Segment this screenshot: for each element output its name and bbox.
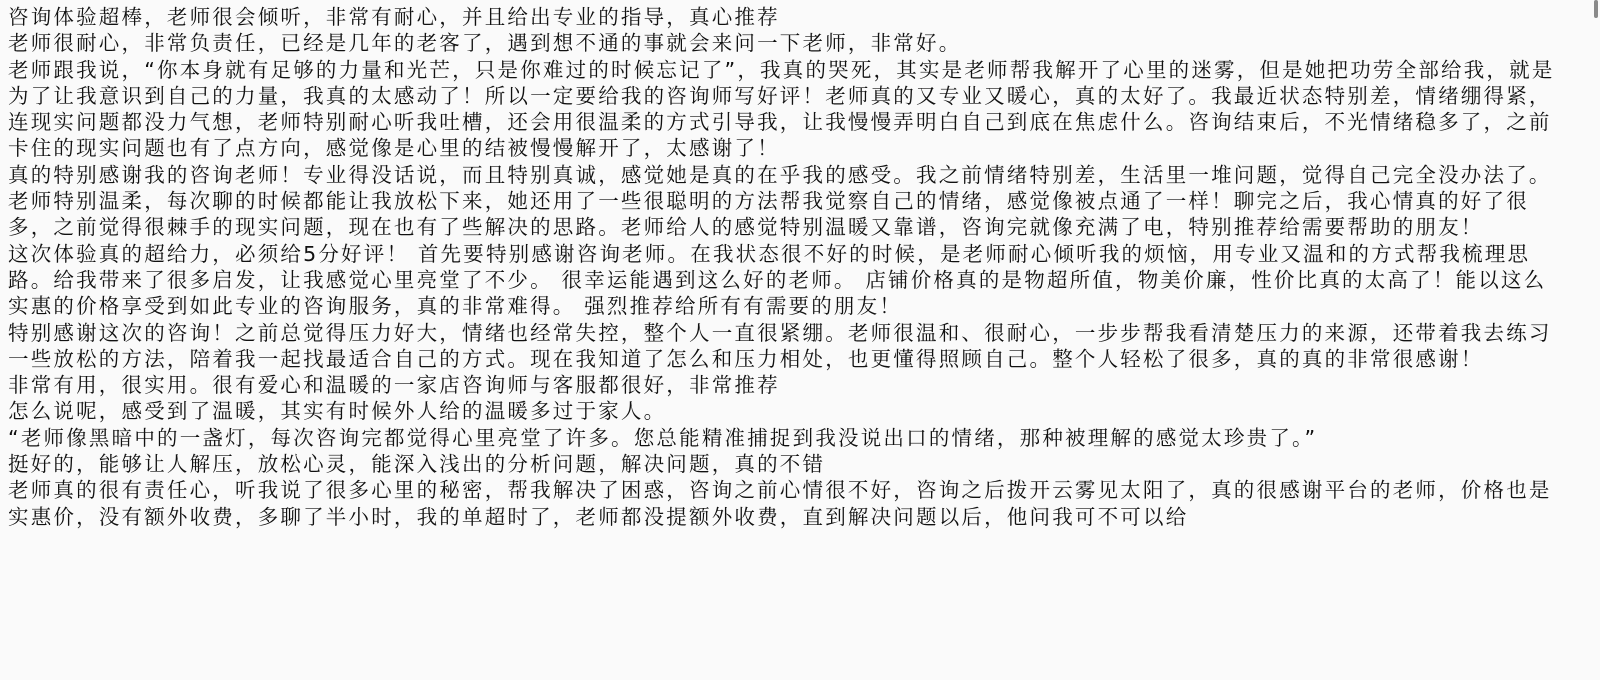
review-text: 挺好的，能够让人解压，放松心灵，能深入浅出的分析问题，解决问题，真的不错 — [8, 451, 1568, 477]
review-text: 这次体验真的超给力，必须给5分好评！ 首先要特别感谢咨询老师。在我状态很不好的时… — [8, 241, 1568, 320]
review-text: “老师像黑暗中的一盏灯，每次咨询完都觉得心里亮堂了许多。您总能精准捕捉到我没说出… — [8, 425, 1568, 451]
review-text: 怎么说呢，感受到了温暖，其实有时候外人给的温暖多过于家人。 — [8, 398, 1568, 424]
scrollbar-thumb[interactable] — [1594, 0, 1598, 18]
review-text: 老师跟我说，“你本身就有足够的力量和光芒，只是你难过的时候忘记了”，我真的哭死，… — [8, 57, 1568, 162]
vertical-scrollbar[interactable] — [1594, 0, 1598, 680]
review-text: 真的特别感谢我的咨询老师！专业得没话说，而且特别真诚，感觉她是真的在乎我的感受。… — [8, 162, 1568, 241]
review-text: 非常有用，很实用。很有爱心和温暖的一家店咨询师与客服都很好，非常推荐 — [8, 372, 1568, 398]
review-text: 咨询体验超棒，老师很会倾听，非常有耐心，并且给出专业的指导，真心推荐 — [8, 4, 1568, 30]
review-document: 咨询体验超棒，老师很会倾听，非常有耐心，并且给出专业的指导，真心推荐 老师很耐心… — [8, 4, 1568, 530]
review-text: 老师真的很有责任心，听我说了很多心里的秘密，帮我解决了困惑，咨询之前心情很不好，… — [8, 477, 1568, 530]
review-text: 特别感谢这次的咨询！之前总觉得压力好大，情绪也经常失控，整个人一直很紧绷。老师很… — [8, 320, 1568, 373]
review-text: 老师很耐心，非常负责任，已经是几年的老客了，遇到想不通的事就会来问一下老师，非常… — [8, 30, 1568, 56]
